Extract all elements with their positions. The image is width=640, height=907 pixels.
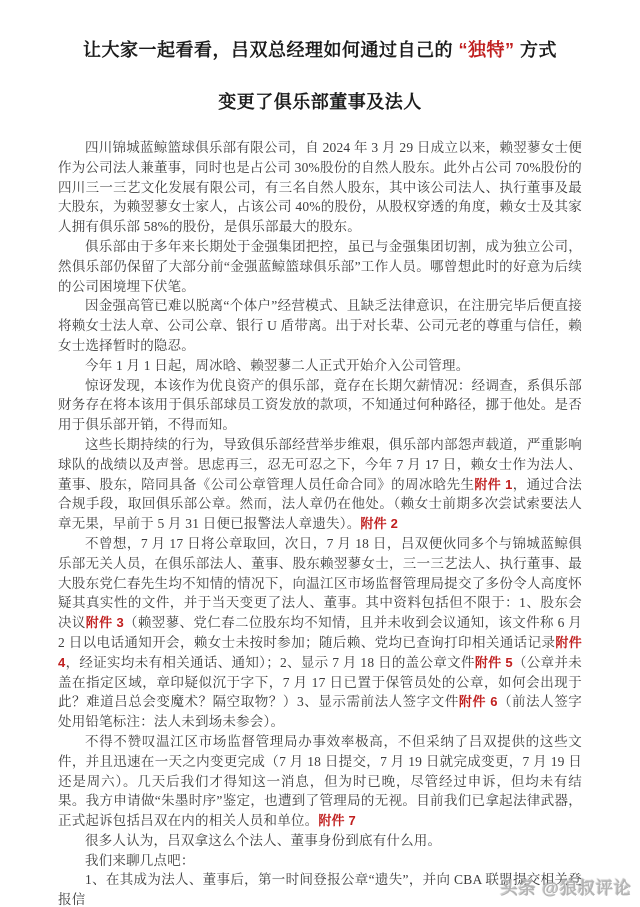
title-red-highlight: “独特” (458, 40, 514, 60)
document-title: 让大家一起看看，吕双总经理如何通过自己的 “独特” 方式 变更了俱乐部董事及法人 (0, 0, 640, 114)
body-paragraph: 惊讶发现，本该作为优良资产的俱乐部，竟存在长期欠薪情况：经调查，系俱乐部财务存在… (58, 376, 582, 435)
body-paragraph: 今年 1 月 1 日起，周冰晗、赖翌蓼二人正式开始介入公司管理。 (58, 356, 582, 376)
document-body: 四川锦城蓝鲸篮球俱乐部有限公司，自 2024 年 3 月 29 日成立以来，赖翌… (0, 138, 640, 907)
body-paragraph: 我们来聊几点吧： (58, 851, 582, 871)
attachment-ref: 附件 3 (86, 615, 124, 630)
title-line-1: 让大家一起看看，吕双总经理如何通过自己的 “独特” 方式 (0, 38, 640, 62)
attachment-ref: 附件 5 (475, 655, 513, 670)
attachment-ref: 附件 1 (474, 477, 512, 492)
body-paragraph: 四川锦城蓝鲸篮球俱乐部有限公司，自 2024 年 3 月 29 日成立以来，赖翌… (58, 138, 582, 237)
paragraph-text: 惊讶发现，本该作为优良资产的俱乐部，竟存在长期欠薪情况：经调查，系俱乐部财务存在… (58, 378, 582, 433)
paragraph-text: ，经证实均未有相关通话、通知）；2、显示 7 月 18 日的盖公章文件 (65, 655, 474, 670)
body-paragraph: 因金强高管已难以脱离“个体户”经营模式、且缺乏法律意识，在注册完毕后便直接将赖女… (58, 296, 582, 355)
paragraph-text: 我们来聊几点吧： (85, 853, 195, 868)
document-page: 让大家一起看看，吕双总经理如何通过自己的 “独特” 方式 变更了俱乐部董事及法人… (0, 0, 640, 907)
paragraph-text: 因金强高管已难以脱离“个体户”经营模式、且缺乏法律意识，在注册完毕后便直接将赖女… (58, 298, 582, 353)
paragraph-text: （赖翌蓼、党仁春二位股东均不知情，且并未收到会议通知，该文件称 6 月 2 日以… (58, 615, 582, 650)
body-paragraph: 不得不赞叹温江区市场监督管理局办事效率极高，不但采纳了吕双提供的这些文件，并且迅… (58, 732, 582, 831)
paragraph-text: 今年 1 月 1 日起，周冰晗、赖翌蓼二人正式开始介入公司管理。 (85, 358, 469, 373)
paragraph-text: 很多人认为，吕双拿这么个法人、董事身份到底有什么用。 (85, 833, 441, 848)
body-paragraph: 这些长期持续的行为，导致俱乐部经营举步维艰，俱乐部内部怨声载道，严重影响球队的战… (58, 435, 582, 534)
attachment-ref: 附件 6 (459, 694, 498, 709)
body-paragraph: 很多人认为，吕双拿这么个法人、董事身份到底有什么用。 (58, 831, 582, 851)
title-text-segment: 让大家一起看看，吕双总经理如何通过自己的 (83, 40, 459, 60)
paragraph-text: 俱乐部由于多年来长期处于金强集团把控，虽已与金强集团切割，成为独立公司，然俱乐部… (58, 239, 582, 294)
attachment-ref: 附件 2 (360, 516, 398, 531)
paragraph-text: 四川锦城蓝鲸篮球俱乐部有限公司，自 2024 年 3 月 29 日成立以来，赖翌… (58, 140, 582, 234)
body-paragraph: 俱乐部由于多年来长期处于金强集团把控，虽已与金强集团切割，成为独立公司，然俱乐部… (58, 237, 582, 296)
watermark-author-badge: 头条 @狼叔评论 (501, 874, 632, 899)
title-text-segment: 方式 (514, 40, 557, 60)
title-line-2: 变更了俱乐部董事及法人 (0, 90, 640, 114)
body-paragraph: 不曾想，7 月 17 日将公章取回，次日，7 月 18 日，吕双便伙同多个与锦城… (58, 534, 582, 732)
attachment-ref: 附件 7 (318, 813, 356, 828)
